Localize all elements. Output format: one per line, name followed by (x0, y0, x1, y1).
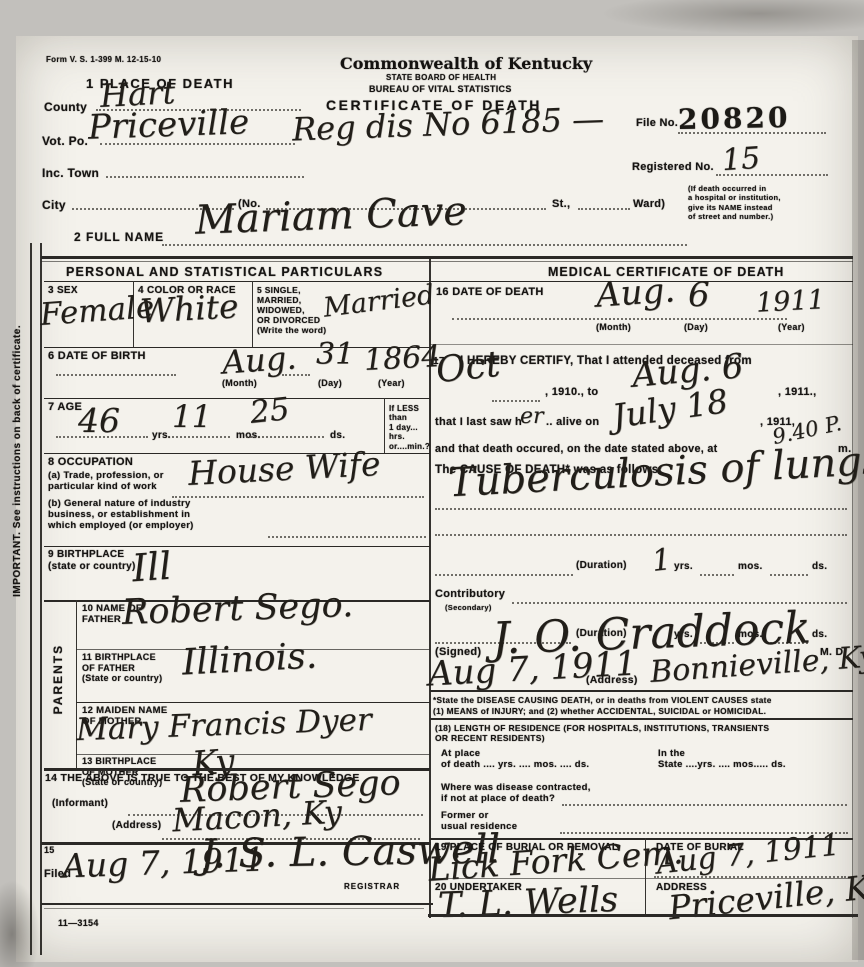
rule-line (428, 914, 858, 917)
informant-label: (Informant) (52, 798, 108, 810)
death-day-handwriting: 6 (688, 278, 710, 312)
rule-line (44, 281, 430, 282)
dotted-line (56, 434, 148, 438)
yrs-label: yrs. (674, 561, 693, 573)
certify-to-year: , 1911., (778, 386, 817, 399)
certify-from-year: , 1910., to (545, 386, 598, 399)
dotted-line (562, 802, 847, 806)
father-name-handwriting: Robert Sego. (121, 588, 353, 631)
inc-town-label: Inc. Town (42, 166, 99, 180)
rule-line (44, 398, 430, 399)
ds-label: ds. (812, 629, 827, 641)
dotted-line (168, 434, 230, 438)
city-label: City (42, 198, 66, 212)
rule-line (430, 718, 853, 720)
death-month-handwriting: Aug. (595, 273, 676, 312)
year-sublabel: (Year) (778, 322, 805, 333)
ds-label: ds. (330, 430, 345, 442)
date-of-birth-label: 6 DATE OF BIRTH (48, 350, 146, 363)
in-state-label: In the State ....yrs. .... mos..... ds. (658, 748, 786, 770)
registrar-label: REGISTRAR (344, 882, 400, 891)
rule-line (44, 546, 430, 547)
last-saw-her-handwriting: er (520, 406, 544, 428)
full-name-label: 2 FULL NAME (74, 230, 164, 244)
full-name-handwriting: Mariam Cave (194, 191, 467, 240)
attended-from-handwriting: Oct (434, 347, 502, 390)
age-days-handwriting: 25 (248, 394, 290, 429)
last-saw-statement: that I last saw h (435, 416, 522, 429)
personal-section-title: PERSONAL AND STATISTICAL PARTICULARS (66, 265, 383, 280)
occupation-label: 8 OCCUPATION (48, 456, 133, 469)
form-number: Form V. S. 1-399 M. 12-15-10 (46, 55, 161, 64)
undertaker-signature-handwriting: T. L. Wells (437, 883, 618, 924)
certificate-title: CERTIFICATE OF DEATH (326, 97, 542, 114)
age-months-handwriting: 11 (172, 402, 211, 433)
date-of-death-label: 16 DATE OF DEATH (436, 286, 544, 299)
dotted-line (678, 130, 826, 134)
alive-on-statement: .. alive on (546, 416, 599, 429)
if-less-note: If LESS than 1 day... hrs. or....min.? (389, 404, 433, 451)
rule-line (430, 690, 853, 692)
residence-section-label: (18) LENGTH OF RESIDENCE (FOR HOSPITALS,… (435, 723, 847, 743)
rule-line (40, 243, 42, 955)
contributory-label: Contributory (435, 588, 505, 601)
occupation-trade-label: (a) Trade, profession, or particular kin… (48, 470, 164, 492)
dotted-line (172, 494, 424, 498)
filed-item-number: 15 (44, 845, 55, 856)
birthplace-label: 9 BIRTHPLACE (state or country) (48, 549, 136, 573)
dotted-line (770, 572, 808, 576)
age-label: 7 AGE (48, 401, 82, 414)
rule-line (41, 903, 433, 905)
occupation-value-handwriting: House Wife (187, 447, 381, 490)
dotted-line (268, 534, 426, 538)
rule-line (76, 754, 430, 755)
state-board-subtitle: STATE BOARD OF HEALTH (386, 73, 496, 82)
precinct-value-handwriting: Priceville (87, 105, 249, 145)
marital-status-label: 5 SINGLE, MARRIED, WIDOWED, OR DIVORCED … (257, 285, 326, 335)
dotted-line (700, 572, 734, 576)
month-sublabel: (Month) (222, 378, 257, 389)
ds-label: ds. (812, 561, 827, 573)
color-race-value-handwriting: White (139, 289, 239, 327)
death-year-handwriting: 1911 (755, 286, 825, 317)
year-sublabel: (Year) (378, 378, 405, 389)
ward-label: Ward) (633, 198, 665, 211)
mos-label: mos. (738, 561, 763, 573)
hospital-note: (If death occurred in a hospital or inst… (688, 184, 844, 222)
file-no-label: File No. (636, 117, 678, 130)
birth-day-handwriting: 31 (316, 340, 354, 370)
rule-line (852, 256, 853, 918)
age-years-handwriting: 46 (78, 404, 120, 437)
cause-footnote: *State the DISEASE CAUSING DEATH, or in … (433, 695, 851, 717)
sex-value-handwriting: Female (39, 292, 155, 331)
dotted-line (435, 506, 847, 510)
margin-instructions-note: IMPORTANT. See instructions on back of c… (12, 311, 24, 611)
birth-month-handwriting: Aug. (221, 341, 297, 378)
father-birthplace-handwriting: Illinois. (181, 638, 318, 681)
dotted-line (106, 174, 304, 178)
cell-divider (384, 398, 385, 453)
dotted-line (56, 372, 176, 376)
registered-no-label: Registered No. (632, 161, 714, 174)
print-code: 11—3154 (58, 918, 99, 929)
dotted-line (246, 434, 324, 438)
bureau-subtitle: BUREAU OF VITAL STATISTICS (369, 84, 512, 95)
parents-group-label: PARENTS (51, 634, 65, 724)
month-sublabel: (Month) (596, 322, 631, 333)
death-certificate-document: IMPORTANT. See instructions on back of c… (0, 0, 864, 967)
physician-address-label: (Address) (586, 674, 638, 686)
street-label: St., (552, 198, 570, 211)
dotted-line (716, 172, 828, 176)
rule-line (76, 702, 430, 703)
birthplace-value-handwriting: Ill (131, 547, 173, 588)
rule-line (30, 243, 32, 955)
dotted-line (492, 398, 540, 402)
duration-label: (Duration) (576, 560, 627, 572)
dotted-line (435, 572, 573, 576)
day-sublabel: (Day) (318, 378, 342, 389)
dotted-line (162, 242, 687, 246)
rule-line (41, 261, 853, 262)
scan-artifact (600, 0, 864, 34)
informant-address-label: (Address) (112, 820, 161, 832)
dotted-line (578, 206, 630, 210)
county-label: County (44, 100, 87, 114)
occupation-industry-label: (b) General nature of industry business,… (48, 498, 194, 532)
at-place-of-death-label: At place of death .... yrs. .... mos. ..… (441, 748, 589, 770)
former-residence-label: Former or usual residence (441, 810, 517, 832)
day-sublabel: (Day) (684, 322, 708, 333)
commonwealth-title: Commonwealth of Kentucky (340, 54, 592, 73)
father-birthplace-label: 11 BIRTHPLACE OF FATHER (State or countr… (82, 652, 162, 684)
precinct-label: Vot. Po. (42, 134, 88, 148)
duration-years-handwriting: 1 (650, 545, 672, 577)
cell-divider (252, 281, 253, 347)
dotted-line (452, 316, 787, 320)
secondary-sublabel: (Secondary) (445, 604, 492, 613)
rule-line (41, 256, 853, 259)
dotted-line (435, 532, 847, 536)
birth-year-handwriting: 1864 (363, 342, 441, 376)
rule-line (44, 908, 424, 909)
